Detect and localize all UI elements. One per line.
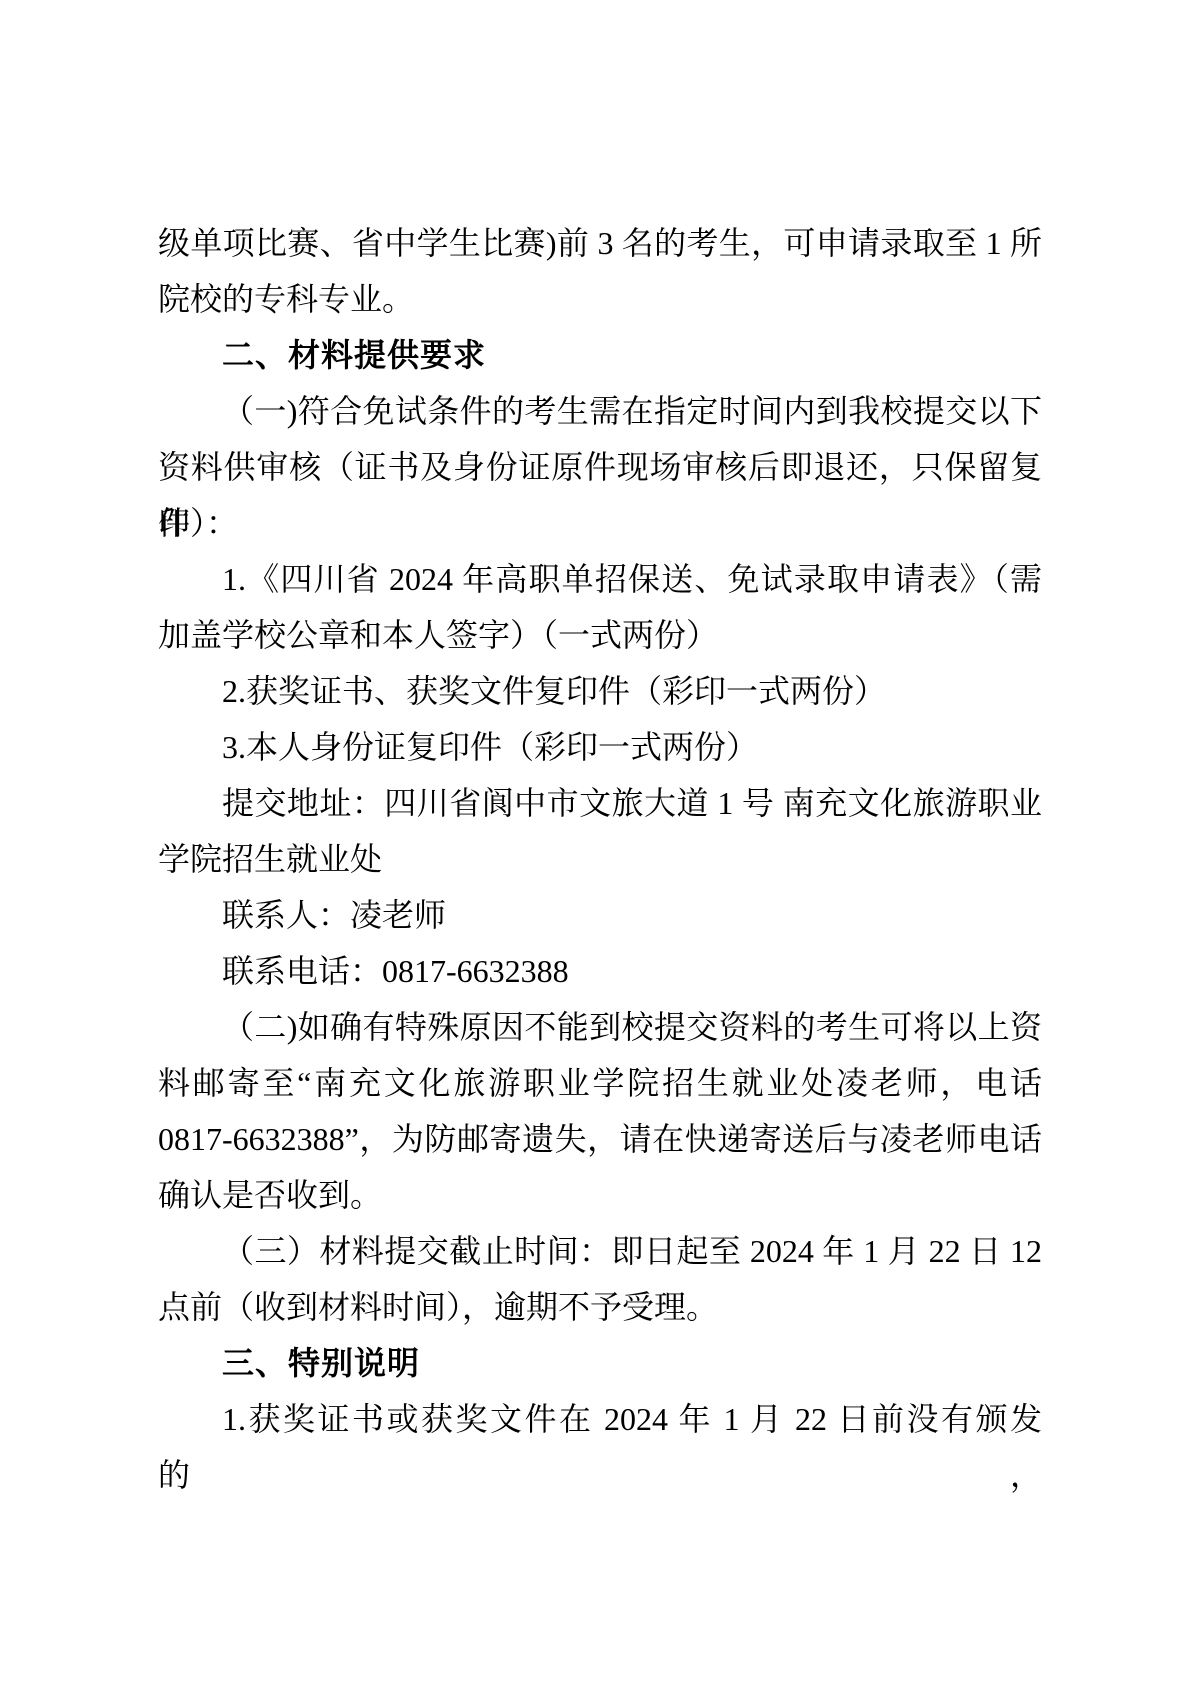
doc-line: 提交地址：四川省阆中市文旅大道 1 号 南充文化旅游职业 [158, 775, 1042, 831]
paragraph: 3.本人身份证复印件（彩印一式两份） [158, 719, 1042, 775]
doc-line: 0817-6632388”，为防邮寄遗失，请在快递寄送后与凌老师电话 [158, 1111, 1042, 1167]
doc-line: （三）材料提交截止时间：即日起至 2024 年 1 月 22 日 12 [158, 1223, 1042, 1279]
doc-line: （一)符合免试条件的考生需在指定时间内到我校提交以下 [158, 383, 1042, 439]
doc-line: 联系人：凌老师 [158, 887, 1042, 943]
doc-line: 点前（收到材料时间），逾期不予受理。 [158, 1279, 1042, 1335]
doc-line: 2.获奖证书、获奖文件复印件（彩印一式两份） [158, 663, 1042, 719]
document-text: 级单项比赛、省中学生比赛)前 3 名的考生，可申请录取至 1 所 院校的专科专业… [158, 215, 1042, 1447]
doc-line: 1.获奖证书或获奖文件在 2024 年 1 月 22 日前没有颁发的， [158, 1391, 1042, 1447]
section-heading: 二、材料提供要求 [158, 327, 1042, 383]
paragraph: 1.《四川省 2024 年高职单招保送、免试录取申请表》（需 加盖学校公章和本人… [158, 551, 1042, 663]
doc-line: 资料供审核（证书及身份证原件现场审核后即退还，只保留复印 [158, 439, 1042, 495]
doc-line: 3.本人身份证复印件（彩印一式两份） [158, 719, 1042, 775]
paragraph: 联系电话：0817-6632388 [158, 943, 1042, 999]
doc-line: 院校的专科专业。 [158, 271, 1042, 327]
section-heading: 三、特别说明 [158, 1335, 1042, 1391]
doc-line: （二)如确有特殊原因不能到校提交资料的考生可将以上资 [158, 999, 1042, 1055]
paragraph: （一)符合免试条件的考生需在指定时间内到我校提交以下 资料供审核（证书及身份证原… [158, 383, 1042, 551]
heading-line: 三、特别说明 [158, 1335, 1042, 1391]
doc-line: 级单项比赛、省中学生比赛)前 3 名的考生，可申请录取至 1 所 [158, 215, 1042, 271]
document-page: 级单项比赛、省中学生比赛)前 3 名的考生，可申请录取至 1 所 院校的专科专业… [0, 0, 1191, 1684]
paragraph: （三）材料提交截止时间：即日起至 2024 年 1 月 22 日 12 点前（收… [158, 1223, 1042, 1335]
doc-line: 1.《四川省 2024 年高职单招保送、免试录取申请表》（需 [158, 551, 1042, 607]
paragraph: 提交地址：四川省阆中市文旅大道 1 号 南充文化旅游职业 学院招生就业处 [158, 775, 1042, 887]
heading-line: 二、材料提供要求 [158, 327, 1042, 383]
paragraph: 联系人：凌老师 [158, 887, 1042, 943]
paragraph: 1.获奖证书或获奖文件在 2024 年 1 月 22 日前没有颁发的， [158, 1391, 1042, 1447]
doc-line: 确认是否收到。 [158, 1167, 1042, 1223]
doc-line: 学院招生就业处 [158, 831, 1042, 887]
paragraph: 2.获奖证书、获奖文件复印件（彩印一式两份） [158, 663, 1042, 719]
doc-line: 料邮寄至“南充文化旅游职业学院招生就业处凌老师，电话 [158, 1055, 1042, 1111]
paragraph: （二)如确有特殊原因不能到校提交资料的考生可将以上资 料邮寄至“南充文化旅游职业… [158, 999, 1042, 1223]
doc-line: 联系电话：0817-6632388 [158, 943, 1042, 999]
doc-line: 加盖学校公章和本人签字）（一式两份） [158, 607, 1042, 663]
paragraph: 级单项比赛、省中学生比赛)前 3 名的考生，可申请录取至 1 所 院校的专科专业… [158, 215, 1042, 327]
doc-line: 件）： [158, 495, 1042, 551]
